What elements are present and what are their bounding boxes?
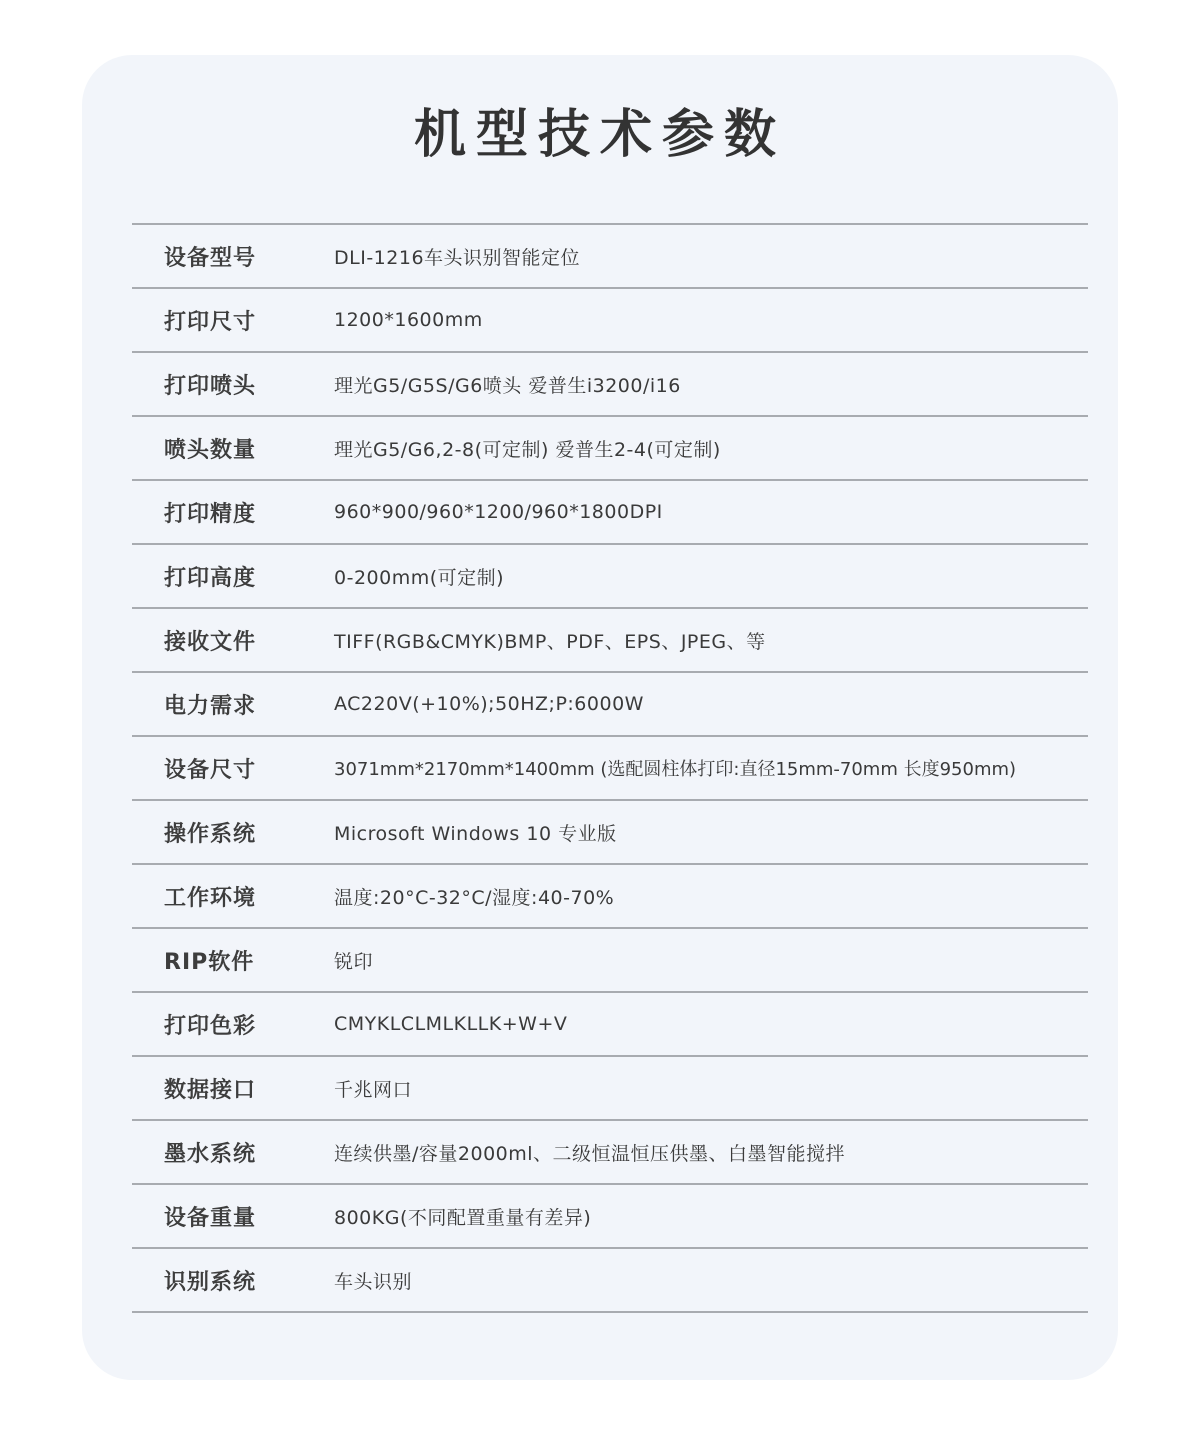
spec-row-print-size: 打印尺寸 1200*1600mm [132,289,1088,353]
spec-row-colors: 打印色彩 CMYKLCLMLKLLK+W+V [132,993,1088,1057]
page-title: 机型技术参数 [0,100,1200,170]
spec-label: 打印高度 [164,561,304,592]
spec-value: 800KG(不同配置重量有差异) [334,1203,591,1230]
spec-value: 0-200mm(可定制) [334,563,504,590]
spec-row-resolution: 打印精度 960*900/960*1200/960*1800DPI [132,481,1088,545]
spec-label: 识别系统 [164,1265,304,1296]
spec-row-dimensions: 设备尺寸 3071mm*2170mm*1400mm (选配圆柱体打印:直径15m… [132,737,1088,801]
spec-row-head-count: 喷头数量 理光G5/G6,2-8(可定制) 爱普生2-4(可定制) [132,417,1088,481]
spec-row-environment: 工作环境 温度:20°C-32°C/湿度:40-70% [132,865,1088,929]
spec-label: 工作环境 [164,881,304,912]
spec-value: Microsoft Windows 10 专业版 [334,819,617,846]
spec-value: TIFF(RGB&CMYK)BMP、PDF、EPS、JPEG、等 [334,627,766,654]
spec-label: 电力需求 [164,689,304,720]
spec-label: 喷头数量 [164,433,304,464]
spec-value: AC220V(+10%);50HZ;P:6000W [334,693,644,715]
spec-row-os: 操作系统 Microsoft Windows 10 专业版 [132,801,1088,865]
spec-row-ink-system: 墨水系统 连续供墨/容量2000ml、二级恒温恒压供墨、白墨智能搅拌 [132,1121,1088,1185]
spec-value: 960*900/960*1200/960*1800DPI [334,501,663,523]
spec-label: 墨水系统 [164,1137,304,1168]
spec-row-weight: 设备重量 800KG(不同配置重量有差异) [132,1185,1088,1249]
spec-value: 车头识别 [334,1267,412,1294]
spec-row-data-interface: 数据接口 千兆网口 [132,1057,1088,1121]
spec-value: 1200*1600mm [334,309,483,331]
spec-label: 设备型号 [164,241,304,272]
spec-row-recognition: 识别系统 车头识别 [132,1249,1088,1313]
spec-table: 设备型号 DLI-1216车头识别智能定位 打印尺寸 1200*1600mm 打… [132,223,1088,1313]
spec-row-print-height: 打印高度 0-200mm(可定制) [132,545,1088,609]
spec-label: 打印色彩 [164,1009,304,1040]
spec-value: CMYKLCLMLKLLK+W+V [334,1013,567,1035]
spec-label: 接收文件 [164,625,304,656]
spec-value: 锐印 [334,947,373,974]
spec-value: 理光G5/G5S/G6喷头 爱普生i3200/i16 [334,371,681,398]
spec-label: RIP软件 [164,945,304,976]
spec-label: 数据接口 [164,1073,304,1104]
spec-row-model: 设备型号 DLI-1216车头识别智能定位 [132,225,1088,289]
spec-row-rip-software: RIP软件 锐印 [132,929,1088,993]
spec-value: 温度:20°C-32°C/湿度:40-70% [334,883,614,910]
spec-label: 打印尺寸 [164,305,304,336]
spec-value: 连续供墨/容量2000ml、二级恒温恒压供墨、白墨智能搅拌 [334,1139,845,1166]
spec-label: 设备重量 [164,1201,304,1232]
spec-row-file-formats: 接收文件 TIFF(RGB&CMYK)BMP、PDF、EPS、JPEG、等 [132,609,1088,673]
spec-value: 千兆网口 [334,1075,412,1102]
spec-label: 操作系统 [164,817,304,848]
spec-row-power: 电力需求 AC220V(+10%);50HZ;P:6000W [132,673,1088,737]
spec-value: 3071mm*2170mm*1400mm (选配圆柱体打印:直径15mm-70m… [334,755,1016,781]
spec-label: 设备尺寸 [164,753,304,784]
spec-value: 理光G5/G6,2-8(可定制) 爱普生2-4(可定制) [334,435,721,462]
spec-label: 打印精度 [164,497,304,528]
spec-row-print-head: 打印喷头 理光G5/G5S/G6喷头 爱普生i3200/i16 [132,353,1088,417]
spec-label: 打印喷头 [164,369,304,400]
spec-value: DLI-1216车头识别智能定位 [334,243,580,270]
